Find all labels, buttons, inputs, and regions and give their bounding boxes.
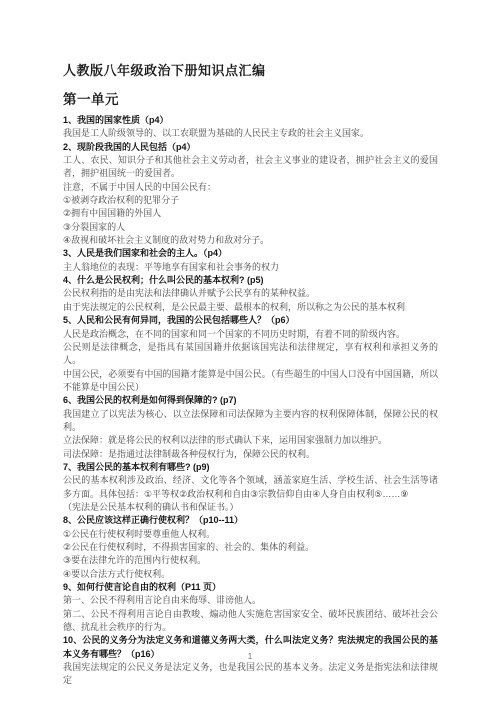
item-body: 第一、公民不得利用言论自由来侮辱、诽谤他人。第二、公民不得利用言论自由教唆、煽动… xyxy=(63,594,438,634)
knowledge-item: 2、现阶段我国的人民包括（p4） 工人、农民、知识分子和其他社会主义劳动者，社会… xyxy=(63,141,438,248)
section-heading: 第一单元 xyxy=(63,91,438,108)
item-paragraph: 主人翁地位的表现：平等地享有国家和社会事务的权力 xyxy=(63,261,438,274)
item-paragraph: 我国建立了以宪法为核心、以立法保障和司法保障为主要内容的权利保障体制，保障公民的… xyxy=(63,408,438,435)
item-paragraph: 第二、公民不得利用言论自由教唆、煽动他人实施危害国家安全、破坏民族团结、破坏社会… xyxy=(63,608,438,635)
item-heading: 6、我国公民的权利是如何得到保障的? (p7) xyxy=(63,394,438,407)
item-paragraph: ③要在法律允许的范围内行使权利。 xyxy=(63,554,438,567)
item-paragraph: 工人、农民、知识分子和其他社会主义劳动者，社会主义事业的建设者，拥护社会主义的爱… xyxy=(63,154,438,181)
item-paragraph: 司法保障：是指通过法律制裁各种侵权行为，保障公民的权利。 xyxy=(63,448,438,461)
knowledge-item: 4、什么是公民权利；什么叫公民的基本权利? (p5) 公民权利指的是由宪法和法律… xyxy=(63,274,438,314)
item-paragraph: ①被剥夺政治权利的犯罪分子 xyxy=(63,194,438,207)
item-paragraph: 公民的基本权利涉及政治、经济、文化等各个领域，涵盖家庭生活、学校生活、社会生活等… xyxy=(63,474,438,501)
item-paragraph: ③分裂国家的人 xyxy=(63,221,438,234)
knowledge-item: 3、人民是我们国家和社会的主人。（p4） 主人翁地位的表现：平等地享有国家和社会… xyxy=(63,247,438,274)
item-paragraph: 立法保障：就是将公民的权利以法律的形式确认下来，运用国家强制力加以维护。 xyxy=(63,434,438,447)
item-paragraph: 由于宪法规定的公民权利，是公民最主要、最根本的权利，所以称之为公民的基本权利 xyxy=(63,301,438,314)
item-paragraph: 第一、公民不得利用言论自由来侮辱、诽谤他人。 xyxy=(63,594,438,607)
knowledge-item: 6、我国公民的权利是如何得到保障的? (p7) 我国建立了以宪法为核心、以立法保… xyxy=(63,394,438,461)
knowledge-items: 1、我国的国家性质（p4） 我国是工人阶级领导的、以工农联盟为基础的人民民主专政… xyxy=(63,114,438,688)
item-body: 人民是政治概念，在不同的国家和同一个国家的不同历史时期，有着不同的阶级内容。公民… xyxy=(63,328,438,395)
item-heading: 2、现阶段我国的人民包括（p4） xyxy=(63,141,438,154)
item-paragraph: ②拥有中国国籍的外国人 xyxy=(63,207,438,220)
item-heading: 5、人民和公民有何异同，我国的公民包括哪些人？（p6） xyxy=(63,314,438,327)
document-title: 人教版八年级政治下册知识点汇编 xyxy=(63,63,438,79)
knowledge-item: 10、公民的义务分为法定义务和道德义务两大类，什么叫法定义务？宪法规定的我国公民… xyxy=(63,634,438,687)
item-heading: 1、我国的国家性质（p4） xyxy=(63,114,438,127)
item-body: 公民权利指的是由宪法和法律确认并赋予公民享有的某种权益。由于宪法规定的公民权利，… xyxy=(63,287,438,314)
item-heading: 4、什么是公民权利；什么叫公民的基本权利? (p5) xyxy=(63,274,438,287)
item-paragraph: ④敌视和破坏社会主义制度的敌对势力和敌对分子。 xyxy=(63,234,438,247)
knowledge-item: 1、我国的国家性质（p4） 我国是工人阶级领导的、以工农联盟为基础的人民民主专政… xyxy=(63,114,438,141)
item-paragraph: 公民权利指的是由宪法和法律确认并赋予公民享有的某种权益。 xyxy=(63,287,438,300)
item-heading: 7、我国公民的基本权利有哪些? (p9) xyxy=(63,461,438,474)
item-paragraph: 中国公民，必须要有中国的国籍才能算是中国公民。（有些超生的中国人口没有中国国籍，… xyxy=(63,368,438,395)
item-body: 工人、农民、知识分子和其他社会主义劳动者，社会主义事业的建设者，拥护社会主义的爱… xyxy=(63,154,438,247)
item-paragraph: （宪法是公民基本权利的确认书和保证书。） xyxy=(63,501,438,514)
item-paragraph: 公民则是法律概念，是指具有某国国籍并依据该国宪法和法律规定，享有权利和承担义务的… xyxy=(63,341,438,368)
item-body: 我国宪法规定的公民义务是法定义务，也是我国公民的基本义务。法定义务是指宪法和法律… xyxy=(63,661,438,688)
item-heading: 3、人民是我们国家和社会的主人。（p4） xyxy=(63,247,438,260)
item-body: 主人翁地位的表现：平等地享有国家和社会事务的权力 xyxy=(63,261,438,274)
document-page: 人教版八年级政治下册知识点汇编 第一单元 1、我国的国家性质（p4） 我国是工人… xyxy=(0,0,500,707)
knowledge-item: 9、如何行使言论自由的权利（P11 页） 第一、公民不得利用言论自由来侮辱、诽谤… xyxy=(63,581,438,634)
item-body: ①公民在行使权利时要尊重他人权利。②公民在行使权利时，不得损害国家的、社会的、集… xyxy=(63,528,438,581)
item-heading: 8、公民应该这样正确行使权利？（p10--11） xyxy=(63,514,438,527)
item-paragraph: 我国宪法规定的公民义务是法定义务，也是我国公民的基本义务。法定义务是指宪法和法律… xyxy=(63,661,438,688)
item-body: 我国建立了以宪法为核心、以立法保障和司法保障为主要内容的权利保障体制，保障公民的… xyxy=(63,408,438,461)
item-paragraph: ①公民在行使权利时要尊重他人权利。 xyxy=(63,528,438,541)
item-paragraph: 人民是政治概念，在不同的国家和同一个国家的不同历史时期，有着不同的阶级内容。 xyxy=(63,328,438,341)
item-paragraph: 注意，不属于中国人民的中国公民有： xyxy=(63,181,438,194)
page-number: 1 xyxy=(0,652,500,661)
item-paragraph: ②公民在行使权利时，不得损害国家的、社会的、集体的利益。 xyxy=(63,541,438,554)
knowledge-item: 7、我国公民的基本权利有哪些? (p9) 公民的基本权利涉及政治、经济、文化等各… xyxy=(63,461,438,514)
item-heading: 9、如何行使言论自由的权利（P11 页） xyxy=(63,581,438,594)
item-body: 我国是工人阶级领导的、以工农联盟为基础的人民民主专政的社会主义国家。 xyxy=(63,127,438,140)
item-body: 公民的基本权利涉及政治、经济、文化等各个领域，涵盖家庭生活、学校生活、社会生活等… xyxy=(63,474,438,514)
knowledge-item: 5、人民和公民有何异同，我国的公民包括哪些人？（p6） 人民是政治概念，在不同的… xyxy=(63,314,438,394)
item-paragraph: ④要以合法方式行使权利。 xyxy=(63,568,438,581)
item-paragraph: 我国是工人阶级领导的、以工农联盟为基础的人民民主专政的社会主义国家。 xyxy=(63,127,438,140)
knowledge-item: 8、公民应该这样正确行使权利？（p10--11） ①公民在行使权利时要尊重他人权… xyxy=(63,514,438,581)
